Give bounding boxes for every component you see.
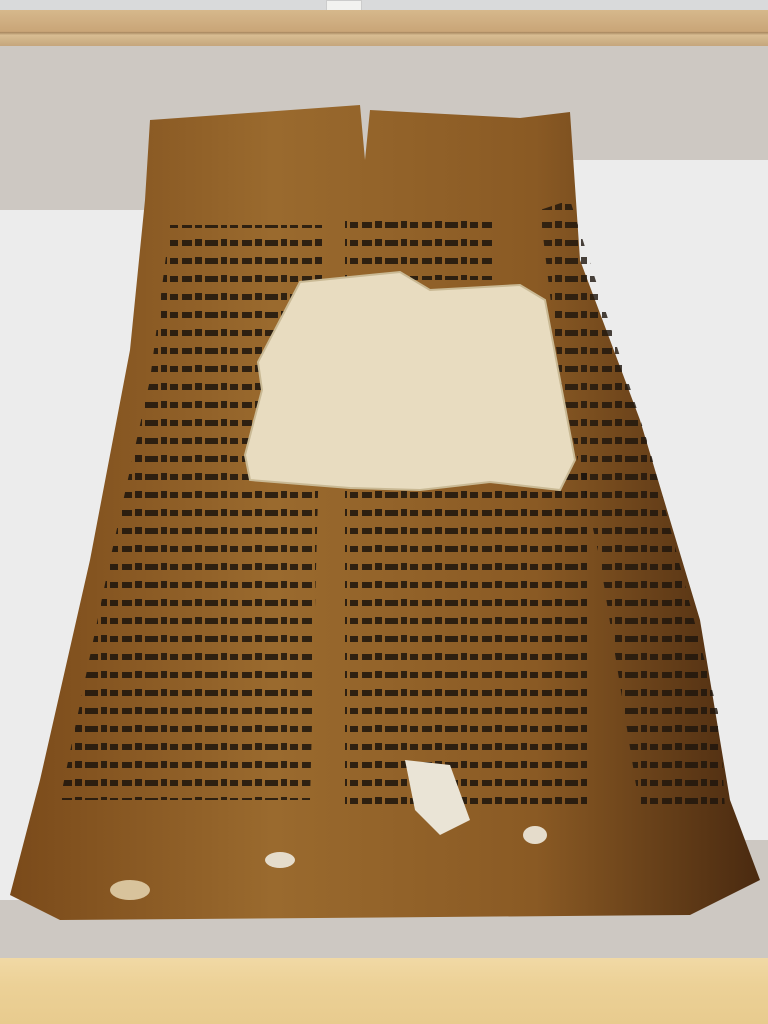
manuscript-parchment-icon (0, 0, 768, 1024)
manuscript (0, 0, 768, 1024)
